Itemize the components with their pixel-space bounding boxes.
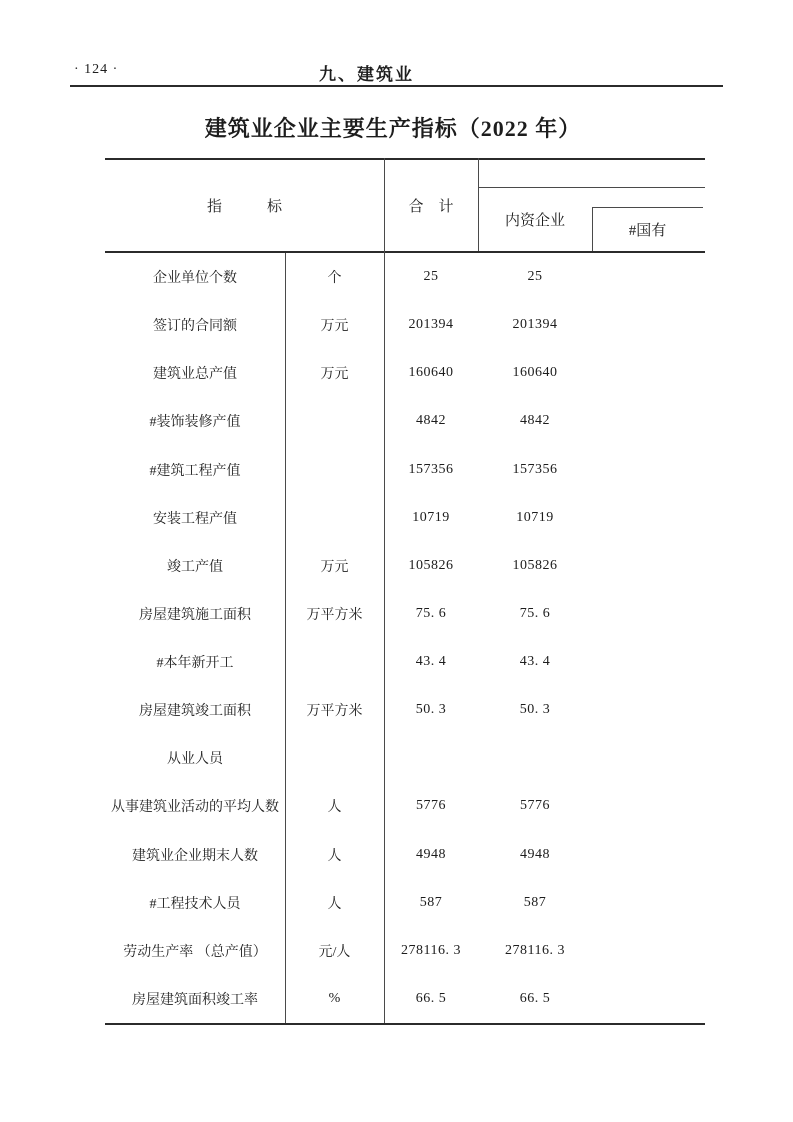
total-value: 4948 <box>384 847 478 863</box>
total-value: 160640 <box>384 365 478 381</box>
total-value: 66. 5 <box>384 991 478 1007</box>
domestic-value: 50. 3 <box>478 702 592 718</box>
unit-label: 个 <box>285 267 384 287</box>
table-row: #工程技术人员 人 587 587 <box>105 879 705 927</box>
table-row: 安装工程产值 10719 10719 <box>105 494 705 542</box>
unit-label: % <box>285 991 384 1007</box>
domestic-value: 66. 5 <box>478 991 592 1007</box>
domestic-value: 10719 <box>478 510 592 526</box>
unit-label: 万元 <box>285 315 384 335</box>
indicator-name: 竣工产值 <box>105 556 285 576</box>
table-row: 房屋建筑施工面积 万平方米 75. 6 75. 6 <box>105 590 705 638</box>
indicator-name: #建筑工程产值 <box>105 460 285 480</box>
indicator-name: 劳动生产率 （总产值） <box>105 941 285 961</box>
chapter-heading: 九、建筑业 <box>319 65 414 84</box>
unit-label: 人 <box>285 893 384 913</box>
total-value: 10719 <box>384 510 478 526</box>
total-value: 278116. 3 <box>384 943 478 959</box>
total-value: 75. 6 <box>384 606 478 622</box>
unit-label: 万平方米 <box>285 700 384 720</box>
unit-label: 元/人 <box>285 941 384 961</box>
indicator-name: #工程技术人员 <box>105 893 285 913</box>
indicator-name: 建筑业企业期末人数 <box>105 845 285 865</box>
total-value: 50. 3 <box>384 702 478 718</box>
indicator-name: 安装工程产值 <box>105 508 285 528</box>
table-row: 从事建筑业活动的平均人数 人 5776 5776 <box>105 782 705 830</box>
table-row: 竣工产值 万元 105826 105826 <box>105 542 705 590</box>
table-row: 从业人员 <box>105 734 705 782</box>
indicator-name: 建筑业总产值 <box>105 363 285 383</box>
table-row: 劳动生产率 （总产值） 元/人 278116. 3 278116. 3 <box>105 927 705 975</box>
table-row: 企业单位个数 个 25 25 <box>105 253 705 301</box>
domestic-value: 278116. 3 <box>478 943 592 959</box>
domestic-value: 43. 4 <box>478 654 592 670</box>
indicator-name: 房屋建筑面积竣工率 <box>105 989 285 1009</box>
total-value: 43. 4 <box>384 654 478 670</box>
unit-label: 万平方米 <box>285 604 384 624</box>
table-row: 签订的合同额 万元 201394 201394 <box>105 301 705 349</box>
total-value: 157356 <box>384 462 478 478</box>
table-row: 建筑业企业期末人数 人 4948 4948 <box>105 831 705 879</box>
table-row: #建筑工程产值 157356 157356 <box>105 446 705 494</box>
total-value: 587 <box>384 895 478 911</box>
total-value: 201394 <box>384 317 478 333</box>
domestic-value: 25 <box>478 269 592 285</box>
total-value: 25 <box>384 269 478 285</box>
table-body: 企业单位个数 个 25 25 签订的合同额 万元 201394 201394 建… <box>105 253 705 1023</box>
table-row: #装饰装修产值 4842 4842 <box>105 397 705 445</box>
domestic-value: 5776 <box>478 798 592 814</box>
header-state-owned: #国有 <box>592 208 703 251</box>
total-value: 5776 <box>384 798 478 814</box>
indicators-table: 指 标 合 计 内资企业 #国有 企业单位个数 个 25 25 签订的合同额 万… <box>105 158 705 1025</box>
domestic-value: 4842 <box>478 413 592 429</box>
chapter-heading-wrap: 九、建筑业 <box>0 60 733 85</box>
indicator-name: 从业人员 <box>105 748 285 768</box>
table-row: 房屋建筑面积竣工率 % 66. 5 66. 5 <box>105 975 705 1023</box>
domestic-value: 105826 <box>478 558 592 574</box>
table-bottom-border <box>105 1023 705 1025</box>
unit-label: 人 <box>285 845 384 865</box>
header-domestic: 内资企业 <box>478 188 592 251</box>
indicator-name: #装饰装修产值 <box>105 411 285 431</box>
indicator-name: 房屋建筑竣工面积 <box>105 700 285 720</box>
yearbook-page: · 124 · 九、建筑业 建筑业企业主要生产指标（2022 年） 指 标 合 … <box>0 0 793 1122</box>
table-row: #本年新开工 43. 4 43. 4 <box>105 638 705 686</box>
table-row: 建筑业总产值 万元 160640 160640 <box>105 349 705 397</box>
table-title: 建筑业企业主要生产指标（2022 年） <box>0 112 786 145</box>
total-value: 4842 <box>384 413 478 429</box>
domestic-value: 160640 <box>478 365 592 381</box>
domestic-value: 587 <box>478 895 592 911</box>
unit-label: 万元 <box>285 363 384 383</box>
indicator-name: 签订的合同额 <box>105 315 285 335</box>
domestic-value: 157356 <box>478 462 592 478</box>
table-row: 房屋建筑竣工面积 万平方米 50. 3 50. 3 <box>105 686 705 734</box>
header-total: 合 计 <box>384 160 478 251</box>
total-value: 105826 <box>384 558 478 574</box>
header-indicator: 指 标 <box>105 160 384 251</box>
domestic-value: 75. 6 <box>478 606 592 622</box>
unit-label: 万元 <box>285 556 384 576</box>
indicator-name: #本年新开工 <box>105 652 285 672</box>
header-rule <box>70 85 723 87</box>
domestic-value: 4948 <box>478 847 592 863</box>
indicator-name: 从事建筑业活动的平均人数 <box>105 796 285 816</box>
domestic-value: 201394 <box>478 317 592 333</box>
unit-label: 人 <box>285 796 384 816</box>
indicator-name: 房屋建筑施工面积 <box>105 604 285 624</box>
indicator-name: 企业单位个数 <box>105 267 285 287</box>
